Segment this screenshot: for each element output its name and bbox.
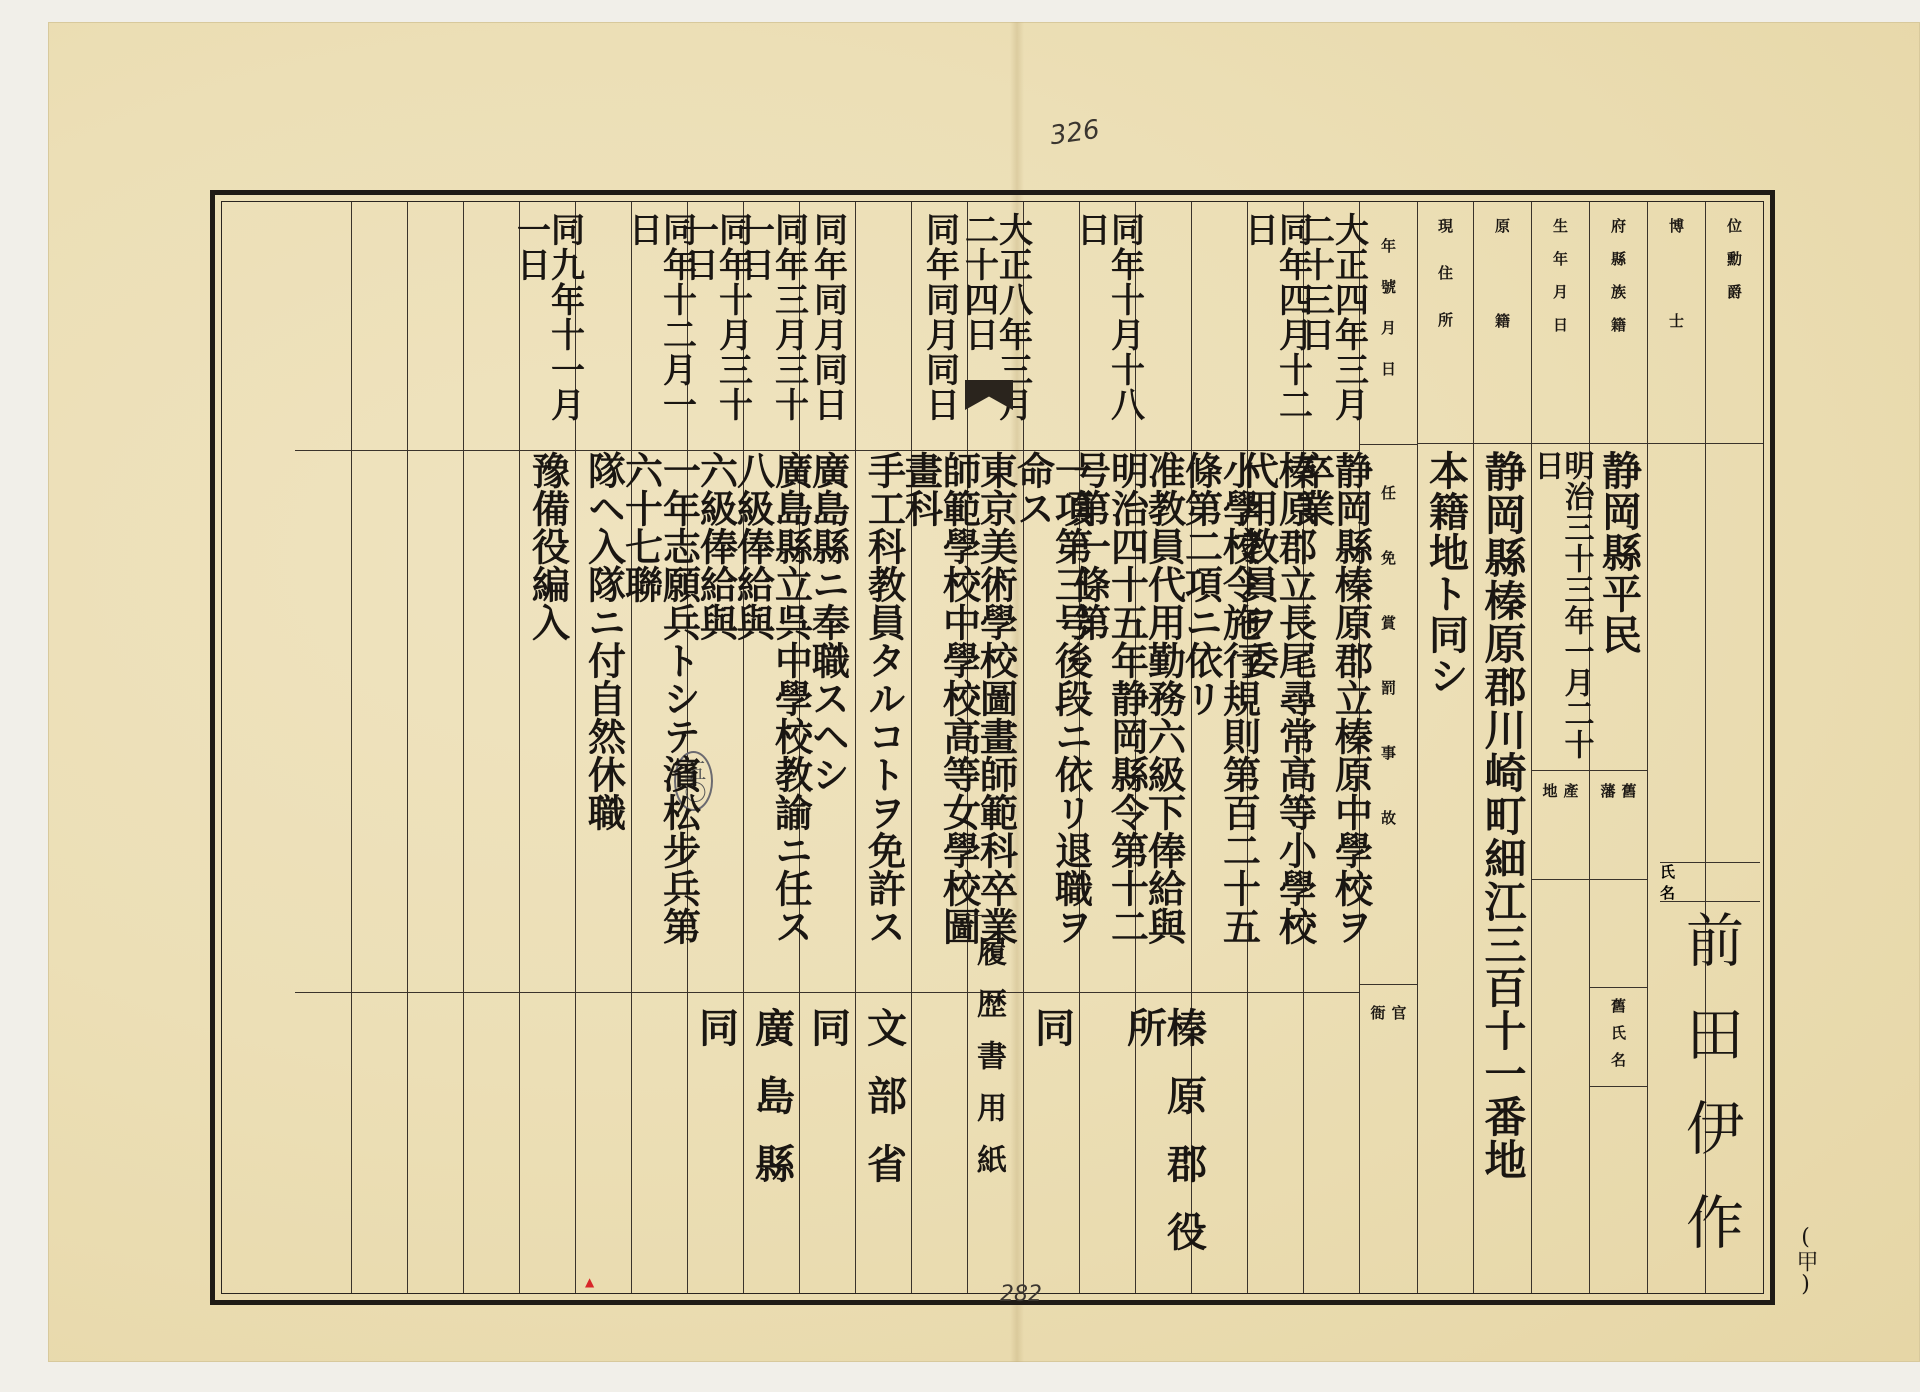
history-date-cell: 同年同月同日 bbox=[912, 212, 967, 444]
prefecture-class-value: 静岡縣平民 bbox=[1599, 450, 1639, 770]
history-office: 同 bbox=[696, 1007, 736, 1293]
birthplace-label: 產地 bbox=[1540, 783, 1582, 879]
history-event: 師範學校中學校高等女學校圖畫科 bbox=[902, 451, 978, 981]
history-event-cell bbox=[352, 450, 407, 981]
history-office-cell bbox=[1248, 992, 1303, 1293]
birth-date-label: 生年月日 bbox=[1550, 218, 1571, 443]
history-event-cell: 廣島縣立呉中學校教諭ニ任ス八級俸給與 bbox=[744, 450, 799, 981]
history-event-cell: 一項第三号後段ニ依リ退職ヲ命ス bbox=[1024, 450, 1079, 981]
history-event: 豫備役編入 bbox=[529, 451, 567, 981]
form-title: 履歴書用紙 bbox=[966, 936, 1010, 1305]
history-office-cell: 同 bbox=[688, 992, 743, 1293]
history-date: 大正八年三月二十四日 bbox=[962, 212, 1030, 444]
history-entry-19 bbox=[295, 202, 351, 1293]
history-office: 同 bbox=[1032, 1007, 1072, 1293]
history-date-cell: 大正八年三月二十四日 bbox=[968, 212, 1023, 444]
history-office-cell bbox=[1304, 992, 1359, 1293]
history-event: 准教員代用勤務六級下俸給與 bbox=[1145, 451, 1183, 981]
history-event: 廣島縣立呉中學校教諭ニ任ス八級俸給與 bbox=[734, 451, 810, 981]
history-date-cell bbox=[464, 212, 519, 444]
history-date-label: 年號月日 bbox=[1378, 238, 1399, 438]
history-date-cell bbox=[1192, 212, 1247, 444]
history-office: 廣島縣 bbox=[752, 1007, 792, 1293]
field-registered-domicile: 原籍 静岡縣榛原郡川崎町細江三百十一番地 bbox=[1473, 202, 1531, 1293]
history-date: 同年十二月一日 bbox=[626, 212, 694, 444]
doctorate-label: 博士 bbox=[1666, 218, 1687, 443]
history-office-cell bbox=[464, 992, 519, 1293]
history-event: 手工科教員タルコトヲ免許ス bbox=[865, 451, 903, 981]
history-event-cell: 一年志願兵トシテ濱松步兵第六十七聯 bbox=[632, 450, 687, 981]
rank-decoration-label: 位勳爵 bbox=[1724, 218, 1745, 443]
history-office-cell bbox=[632, 992, 687, 1293]
history-event: 六級俸給與 bbox=[697, 451, 735, 981]
history-date-cell bbox=[352, 212, 407, 444]
history-event: 隊ヘ入隊ニ付自然休職 bbox=[585, 451, 623, 981]
name-value-box: 前田伊作 bbox=[1660, 910, 1760, 1300]
history-office-cell bbox=[912, 992, 967, 1293]
history-event: 一年志願兵トシテ濱松步兵第六十七聯 bbox=[622, 451, 698, 981]
history-office-cell bbox=[576, 992, 631, 1293]
history-entry-18 bbox=[351, 202, 407, 1293]
name-label-box: 氏名 bbox=[1660, 862, 1760, 902]
history-date: 同年同月同日 bbox=[923, 212, 957, 444]
history-event-cell: 豫備役編入 bbox=[520, 450, 575, 981]
birth-date-value: 明治三十三年一月二十日 bbox=[1531, 450, 1591, 770]
history-office-cell bbox=[408, 992, 463, 1293]
history-event-cell: 小學校令施行規則第百二十五條第二項ニ依リ bbox=[1192, 450, 1247, 981]
history-date-cell bbox=[408, 212, 463, 444]
registered-domicile-label: 原籍 bbox=[1492, 218, 1513, 443]
history-entry-13: 同年十二月一日 一年志願兵トシテ濱松步兵第六十七聯 bbox=[631, 202, 687, 1293]
history-office-cell: 文部省 bbox=[856, 992, 911, 1293]
history-office-cell bbox=[1080, 992, 1135, 1293]
history-office: 文部省 bbox=[864, 1007, 904, 1293]
history-event: 東京美術學校圖畫師範科卒業 bbox=[977, 451, 1015, 981]
history-event-cell: 隊ヘ入隊ニ付自然休職 bbox=[576, 450, 631, 981]
history-date-cell bbox=[856, 212, 911, 444]
history-office-cell bbox=[352, 992, 407, 1293]
history-entry-17 bbox=[407, 202, 463, 1293]
history-office: 榛原郡役所 bbox=[1124, 1007, 1204, 1293]
name-value: 前田伊作 bbox=[1681, 910, 1739, 1300]
form-type-mark: (甲) bbox=[1790, 1225, 1821, 1297]
history-date: 同年四月十二日 bbox=[1242, 212, 1310, 444]
history-event-cell bbox=[408, 450, 463, 981]
history-date-cell bbox=[295, 212, 351, 444]
history-date: 同年十月十八日 bbox=[1074, 212, 1142, 444]
history-office-label: 官衙 bbox=[1368, 1005, 1410, 1293]
history-office-cell: 榛原郡役所 bbox=[1136, 992, 1191, 1293]
history-event: 小學校令施行規則第百二十五條第二項ニ依リ bbox=[1182, 451, 1258, 981]
history-entry-16 bbox=[463, 202, 519, 1293]
history-date-cell: 同年十月十八日 bbox=[1080, 212, 1135, 444]
history-date: 同九年十一月一日 bbox=[514, 212, 582, 444]
history-entry-9: 手工科教員タルコトヲ免許ス 文部省 bbox=[855, 202, 911, 1293]
former-domain-label: 舊藩 bbox=[1598, 783, 1640, 879]
registered-domicile-value: 静岡縣榛原郡川崎町細江三百十一番地 bbox=[1482, 450, 1524, 1270]
form-title-box: 履歴書用紙 bbox=[963, 915, 1013, 1305]
history-event-label: 任免賞罰事故 bbox=[1378, 485, 1399, 984]
history-office: 同 bbox=[808, 1007, 848, 1293]
history-event-cell bbox=[464, 450, 519, 981]
history-event: 廣島縣ニ奉職スヘシ bbox=[809, 451, 847, 981]
history-entry-8: 同年同月同日 師範學校中學校高等女學校圖畫科 bbox=[911, 202, 967, 1293]
field-current-address: 現住所 本籍地ト同シ bbox=[1417, 202, 1473, 1293]
history-office-cell bbox=[295, 992, 351, 1293]
history-event: 一項第三号後段ニ依リ退職ヲ命ス bbox=[1014, 451, 1090, 981]
history-date-cell: 同年四月十二日 bbox=[1248, 212, 1303, 444]
history-event-cell: 手工科教員タルコトヲ免許ス bbox=[856, 450, 911, 981]
history-office-cell: 同 bbox=[800, 992, 855, 1293]
history-office-cell: 同 bbox=[1024, 992, 1079, 1293]
history-entry-15: 同九年十一月一日 豫備役編入 bbox=[519, 202, 575, 1293]
bottom-pencil-number: 282 bbox=[1000, 1282, 1042, 1307]
history-office-cell bbox=[520, 992, 575, 1293]
former-name-label: 舊氏名 bbox=[1608, 998, 1629, 1086]
history-date: 同年同月同日 bbox=[811, 212, 845, 444]
history-date-cell: 同年十二月一日 bbox=[632, 212, 687, 444]
field-prefecture-class: 府縣族籍 静岡縣平民 舊藩 舊氏名 bbox=[1589, 202, 1647, 1293]
prefecture-class-label: 府縣族籍 bbox=[1608, 218, 1629, 443]
current-address-label: 現住所 bbox=[1435, 218, 1456, 443]
name-label: 氏名 bbox=[1660, 861, 1760, 903]
history-event-cell bbox=[295, 450, 351, 981]
history-date-cell: 同九年十一月一日 bbox=[520, 212, 575, 444]
history-event-cell: 師範學校中學校高等女學校圖畫科 bbox=[912, 450, 967, 981]
history-office-cell: 廣島縣 bbox=[744, 992, 799, 1293]
red-stamp-mark: ▲ bbox=[585, 1275, 594, 1289]
current-address-value: 本籍地ト同シ bbox=[1426, 450, 1466, 850]
field-birth-date: 生年月日 明治三十三年一月二十日 產地 bbox=[1531, 202, 1589, 1293]
